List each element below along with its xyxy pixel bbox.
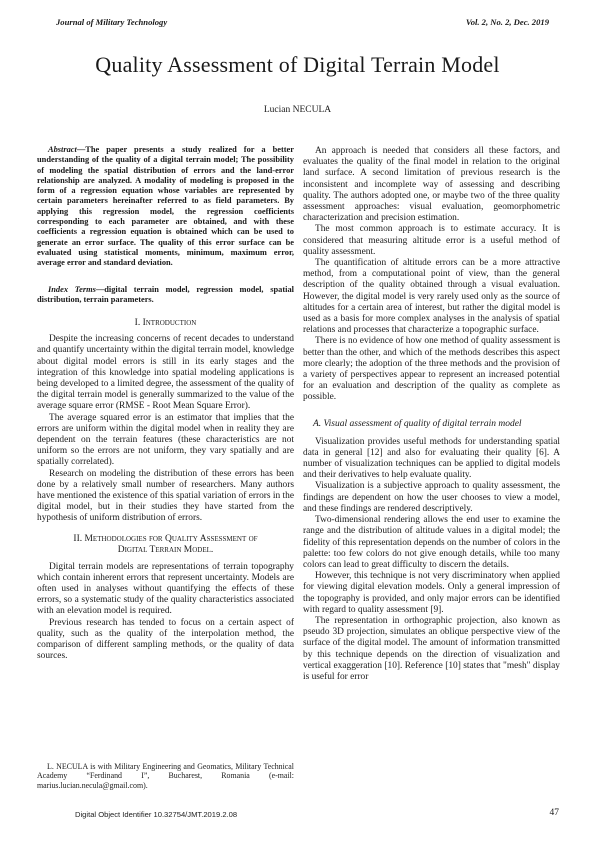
page-number: 47	[550, 808, 560, 818]
methodologies-paragraph-1: Digital terrain models are representatio…	[37, 562, 294, 618]
visual-assessment-paragraph-5: The representation in orthographic proje…	[303, 616, 560, 683]
visual-assessment-paragraph-3: Two-dimensional rendering allows the end…	[303, 515, 560, 571]
body-paragraph-1: An approach is needed that considers all…	[303, 146, 560, 224]
body-paragraph-2: The most common approach is to estimate …	[303, 224, 560, 258]
intro-paragraph-1: Despite the increasing concerns of recen…	[37, 334, 294, 412]
visual-assessment-paragraph-1: Visualization provides useful methods fo…	[303, 437, 560, 482]
body-paragraph-3: The quantification of altitude errors ca…	[303, 258, 560, 336]
abstract-text: —The paper presents a study realized for…	[37, 145, 294, 267]
page-title: Quality Assessment of Digital Terrain Mo…	[0, 52, 595, 78]
abstract-label: Abstract	[48, 145, 77, 154]
author-name: Lucian NECULA	[0, 105, 595, 115]
subsection-heading-visual-assessment: A. Visual assessment of quality of digit…	[303, 419, 560, 430]
two-column-body: Abstract—The paper presents a study real…	[37, 145, 561, 793]
journal-name: Journal of Military Technology	[56, 17, 167, 27]
visual-assessment-paragraph-4: However, this technique is not very disc…	[303, 571, 560, 616]
abstract-paragraph: Abstract—The paper presents a study real…	[37, 145, 294, 269]
section-heading-methodologies: II. Methodologies for Quality Assessment…	[37, 534, 294, 556]
methodologies-paragraph-2: Previous research has tended to focus on…	[37, 618, 294, 663]
visual-assessment-paragraph-2: Visualization is a subjective approach t…	[303, 481, 560, 515]
intro-paragraph-3: Research on modeling the distribution of…	[37, 469, 294, 525]
paper-page: Journal of Military Technology Vol. 2, N…	[0, 0, 595, 842]
index-terms-label: Index Terms	[48, 285, 96, 294]
body-paragraph-4: There is no evidence of how one method o…	[303, 336, 560, 403]
doi-identifier: Digital Object Identifier 10.32754/JMT.2…	[75, 810, 237, 819]
right-column: An approach is needed that considers all…	[303, 145, 560, 793]
index-terms-paragraph: Index Terms—digital terrain model, regre…	[37, 285, 294, 306]
issue-info: Vol. 2, No. 2, Dec. 2019	[466, 17, 549, 27]
left-column: Abstract—The paper presents a study real…	[37, 145, 294, 793]
author-affiliation-footnote: L. NECULA is with Military Engineering a…	[37, 762, 294, 793]
running-head: Journal of Military Technology Vol. 2, N…	[56, 17, 549, 27]
section-heading-introduction: I. Introduction	[37, 318, 294, 329]
intro-paragraph-2: The average squared error is an estimato…	[37, 413, 294, 469]
